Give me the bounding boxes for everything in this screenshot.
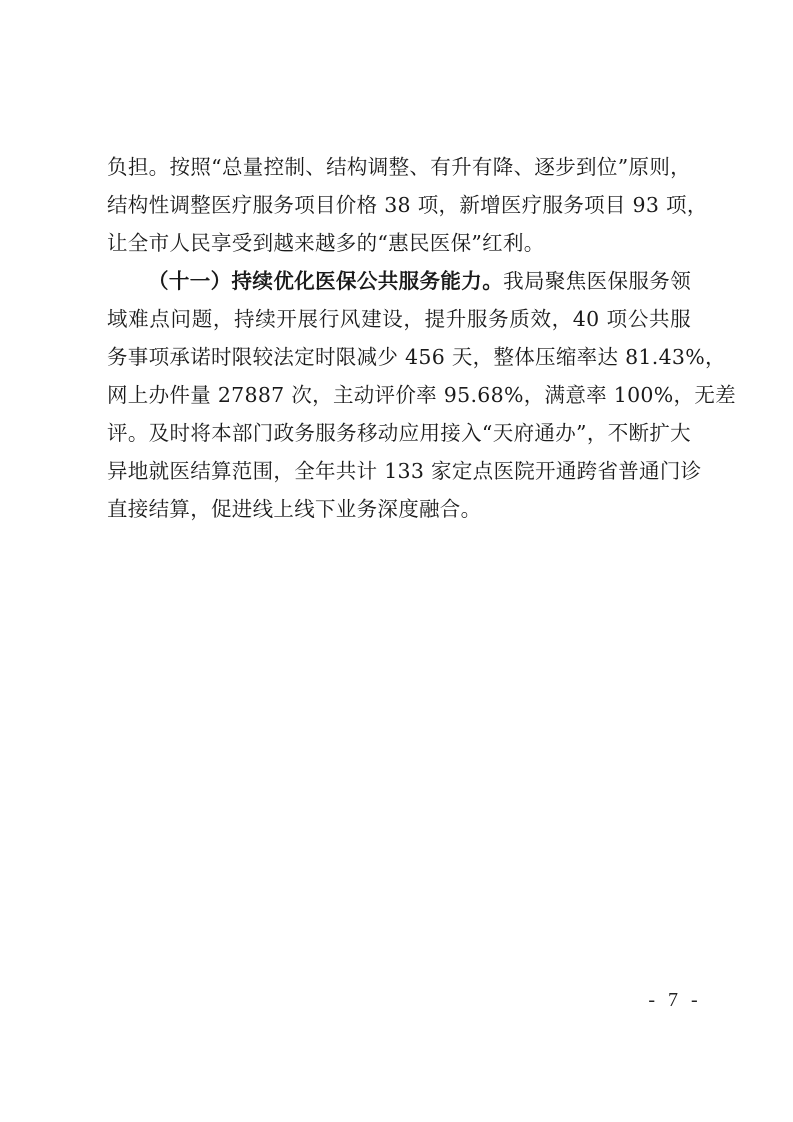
paragraph-1-line-2: 结构性调整医疗服务项目价格 38 项，新增医疗服务项目 93 项， (107, 186, 691, 224)
paragraph-2-line-7: 直接结算，促进线上线下业务深度融合。 (107, 490, 691, 528)
paragraph-2-line-1: （十一）持续优化医保公共服务能力。我局聚焦医保服务领 (107, 262, 691, 300)
paragraph-2-line-2: 域难点问题，持续开展行风建设，提升服务质效，40 项公共服 (107, 300, 691, 338)
paragraph-2-line-5: 评。及时将本部门政务服务移动应用接入“天府通办”，不断扩大 (107, 414, 691, 452)
paragraph-2-first-line-text: 我局聚焦医保服务领 (503, 269, 691, 293)
body-text: 负担。按照“总量控制、结构调整、有升有降、逐步到位”原则， 结构性调整医疗服务项… (107, 148, 691, 528)
paragraph-2-line-4: 网上办件量 27887 次，主动评价率 95.68%，满意率 100%，无差 (107, 376, 691, 414)
paragraph-1-line-1: 负担。按照“总量控制、结构调整、有升有降、逐步到位”原则， (107, 148, 691, 186)
paragraph-2-line-6: 异地就医结算范围，全年共计 133 家定点医院开通跨省普通门诊 (107, 452, 691, 490)
document-page: 负担。按照“总量控制、结构调整、有升有降、逐步到位”原则， 结构性调整医疗服务项… (0, 0, 793, 1122)
section-heading: （十一）持续优化医保公共服务能力。 (148, 269, 503, 293)
page-number: - 7 - (640, 986, 710, 1014)
paragraph-2-line-3: 务事项承诺时限较法定时限减少 456 天，整体压缩率达 81.43%， (107, 338, 691, 376)
paragraph-1-line-3: 让全市人民享受到越来越多的“惠民医保”红利。 (107, 224, 691, 262)
